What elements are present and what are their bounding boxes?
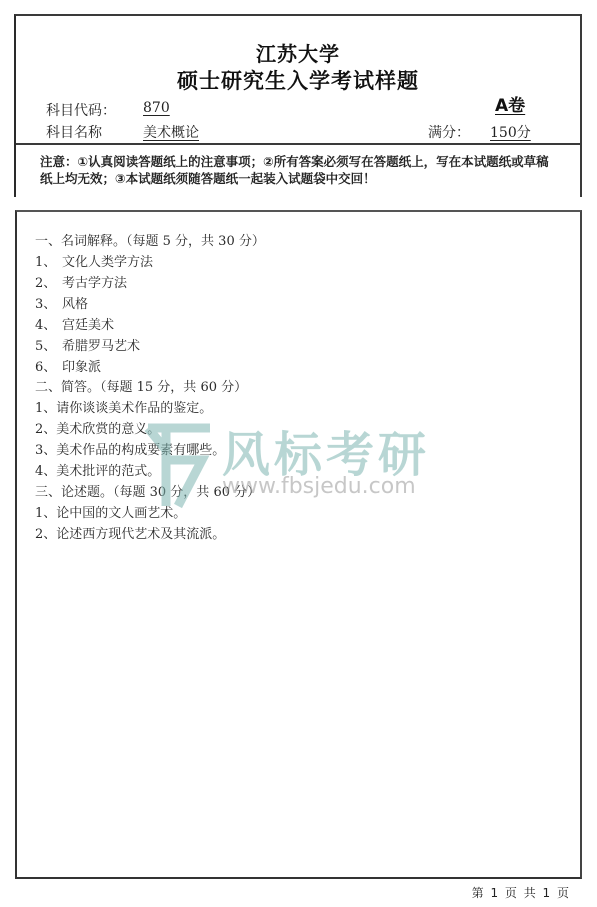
notice-text: 注意：①认真阅读答题纸上的注意事项；②所有答案必须写在答题纸上，写在本试题纸或草… xyxy=(40,153,560,187)
question-text: 印象派 xyxy=(62,360,101,375)
question-number: 1、 xyxy=(35,251,62,270)
question-text: 宫廷美术 xyxy=(62,318,114,333)
question-number: 5、 xyxy=(35,335,62,354)
exam-header: 江苏大学 硕士研究生入学考试样题 科目代码： 870 科目名称 美术概论 A卷 … xyxy=(14,14,582,145)
question-text: 风格 xyxy=(62,297,88,312)
subject-code-label: 科目代码： xyxy=(46,100,116,120)
question-item: 2、论述西方现代艺术及其流派。 xyxy=(35,523,225,542)
subject-name-label: 科目名称 xyxy=(46,122,102,142)
question-text: 考古学方法 xyxy=(62,276,127,291)
question-item: 1、文化人类学方法 xyxy=(35,251,153,270)
question-item: 1、请你谈谈美术作品的鉴定。 xyxy=(35,397,212,416)
question-item: 1、论中国的文人画艺术。 xyxy=(35,502,186,521)
question-item: 4、美术批评的范式。 xyxy=(35,460,160,479)
notice-box: 注意：①认真阅读答题纸上的注意事项；②所有答案必须写在答题纸上，写在本试题纸或草… xyxy=(14,143,582,197)
section-heading: 三、论述题。（每题 30 分，共 60 分） xyxy=(35,481,260,500)
question-text: 希腊罗马艺术 xyxy=(62,339,140,354)
question-item: 4、宫廷美术 xyxy=(35,314,114,333)
question-text: 论述西方现代艺术及其流派。 xyxy=(56,527,225,542)
subject-code-value: 870 xyxy=(143,100,170,116)
question-item: 2、美术欣赏的意义。 xyxy=(35,418,160,437)
question-item: 2、考古学方法 xyxy=(35,272,127,291)
question-text: 美术批评的范式。 xyxy=(56,464,160,479)
question-item: 6、印象派 xyxy=(35,356,101,375)
question-item: 3、风格 xyxy=(35,293,88,312)
question-number: 1、 xyxy=(35,397,56,416)
page-number: 第 1 页 共 1 页 xyxy=(472,884,569,901)
question-number: 6、 xyxy=(35,356,62,375)
question-text: 美术欣赏的意义。 xyxy=(56,422,160,437)
paper-version: A卷 xyxy=(495,91,525,116)
section-heading: 一、名词解释。（每题 5 分，共 30 分） xyxy=(35,230,265,249)
question-text: 请你谈谈美术作品的鉴定。 xyxy=(56,401,212,416)
question-text: 文化人类学方法 xyxy=(62,255,153,270)
question-number: 2、 xyxy=(35,418,56,437)
exam-content: 一、名词解释。（每题 5 分，共 30 分） 1、文化人类学方法 2、考古学方法… xyxy=(15,210,582,879)
question-text: 美术作品的构成要素有哪些。 xyxy=(56,443,225,458)
subject-name-value: 美术概论 xyxy=(143,122,199,142)
question-number: 2、 xyxy=(35,272,62,291)
question-number: 4、 xyxy=(35,314,62,333)
section-heading: 二、简答。（每题 15 分，共 60 分） xyxy=(35,376,247,395)
question-item: 3、美术作品的构成要素有哪些。 xyxy=(35,439,225,458)
full-score-value: 150分 xyxy=(490,122,531,142)
question-number: 3、 xyxy=(35,439,56,458)
question-number: 2、 xyxy=(35,523,56,542)
university-name: 江苏大学 xyxy=(16,38,580,67)
question-text: 论中国的文人画艺术。 xyxy=(56,506,186,521)
question-number: 1、 xyxy=(35,502,56,521)
question-number: 4、 xyxy=(35,460,56,479)
question-item: 5、希腊罗马艺术 xyxy=(35,335,140,354)
question-number: 3、 xyxy=(35,293,62,312)
full-score-label: 满分： xyxy=(428,122,470,142)
